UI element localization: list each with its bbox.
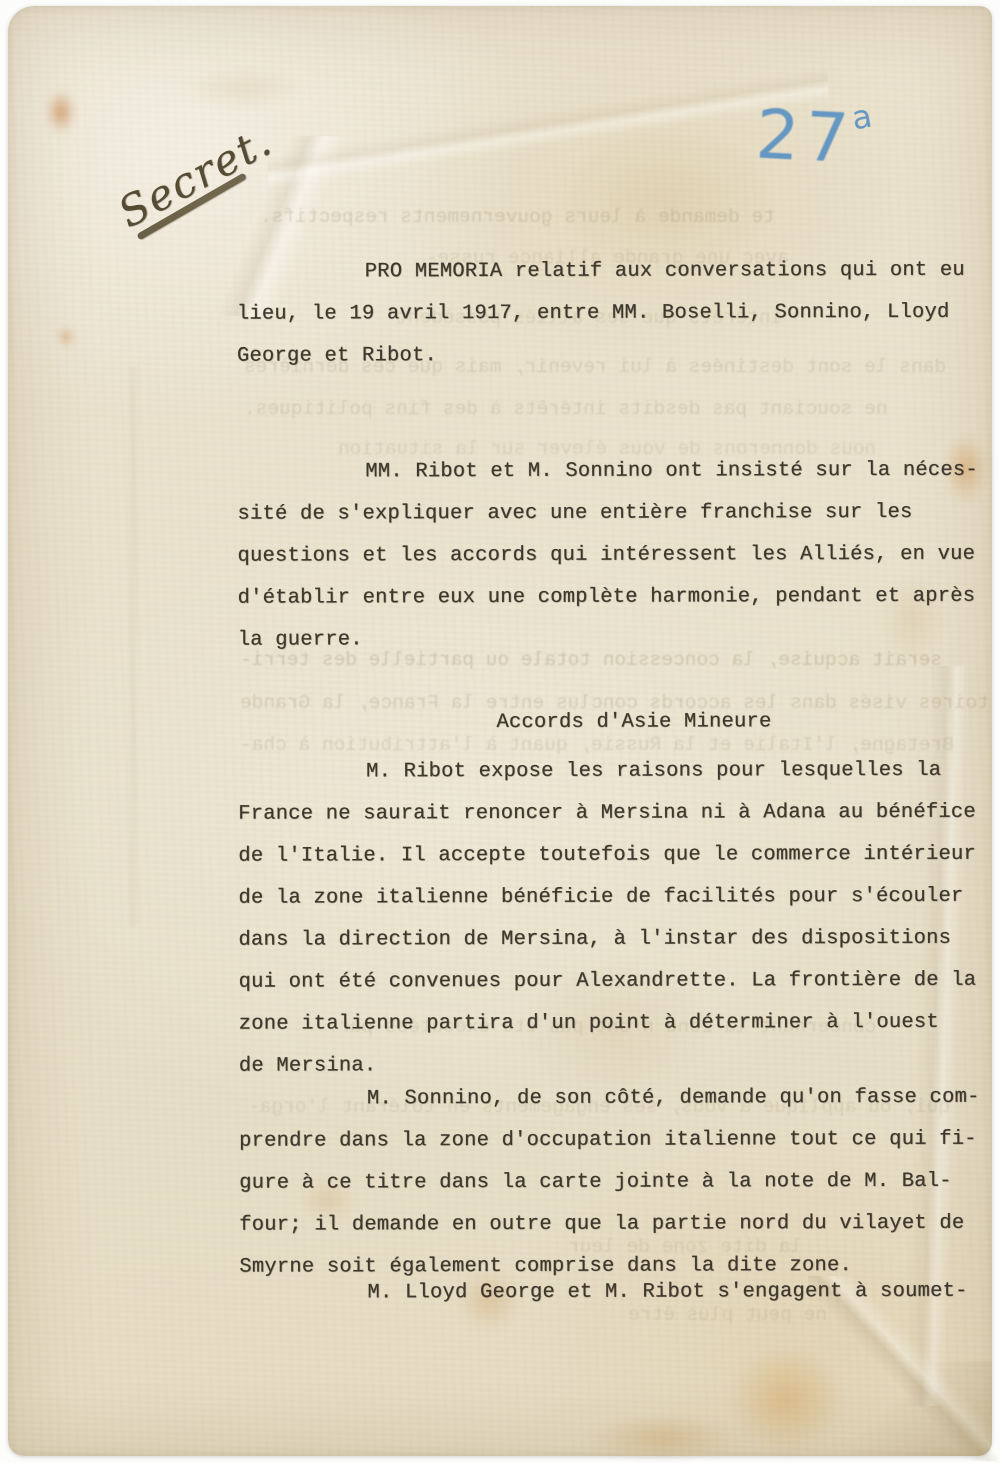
typed-line: sité de s'expliquer avec une entière fra…: [237, 492, 961, 536]
paragraph: M. Ribot expose les raisons pour lesquel…: [238, 750, 963, 1088]
typed-line: questions et les accords qui intéressent…: [237, 534, 961, 578]
typed-line: MM. Ribot et M. Sonnino ont insisté sur …: [237, 450, 961, 494]
paragraph: M. Lloyd George et M. Ribot s'engagent à…: [239, 1271, 963, 1315]
typed-line: M. Lloyd George et M. Ribot s'engagent à…: [239, 1271, 963, 1315]
typed-line: lieu, le 19 avril 1917, entre MM. Bosell…: [237, 292, 961, 336]
document-scan: te demande à leurs gouvernements respect…: [0, 0, 1000, 1463]
typed-line: M. Sonnino, de son côté, demande qu'on f…: [239, 1077, 963, 1121]
paper-sheet: te demande à leurs gouvernements respect…: [8, 6, 992, 1456]
typed-line: de la zone italienne bénéficie de facili…: [238, 876, 962, 920]
typed-text-layer: PRO MEMORIA relatif aux conversations qu…: [6, 5, 994, 1458]
typed-line: la guerre.: [238, 618, 962, 662]
typed-line: zone italienne partira d'un point à déte…: [239, 1002, 963, 1046]
typed-line: France ne saurait renoncer à Mersina ni …: [238, 792, 962, 836]
typed-line: qui ont été convenues pour Alexandrette.…: [239, 960, 963, 1004]
typed-line: d'établir entre eux une complète harmoni…: [238, 576, 962, 620]
typed-line: dans la direction de Mersina, à l'instar…: [238, 918, 962, 962]
typed-line: PRO MEMORIA relatif aux conversations qu…: [237, 250, 961, 294]
typed-line: gure à ce titre dans la carte jointe à l…: [239, 1161, 963, 1205]
typed-line: prendre dans la zone d'occupation italie…: [239, 1119, 963, 1163]
typed-line: M. Ribot expose les raisons pour lesquel…: [238, 750, 962, 794]
document-title: PRO MEMORIA relatif aux conversations qu…: [237, 250, 961, 378]
typed-line: George et Ribot.: [237, 334, 961, 378]
paragraph: MM. Ribot et M. Sonnino ont insisté sur …: [237, 450, 962, 662]
typed-line: Accords d'Asie Mineure: [496, 701, 771, 744]
paragraph: M. Sonnino, de son côté, demande qu'on f…: [239, 1077, 964, 1289]
typed-line: de l'Italie. Il accepte toutefois que le…: [238, 834, 962, 878]
typed-line: four; il demande en outre que la partie …: [239, 1203, 963, 1247]
section-heading: Accords d'Asie Mineure: [238, 701, 996, 745]
